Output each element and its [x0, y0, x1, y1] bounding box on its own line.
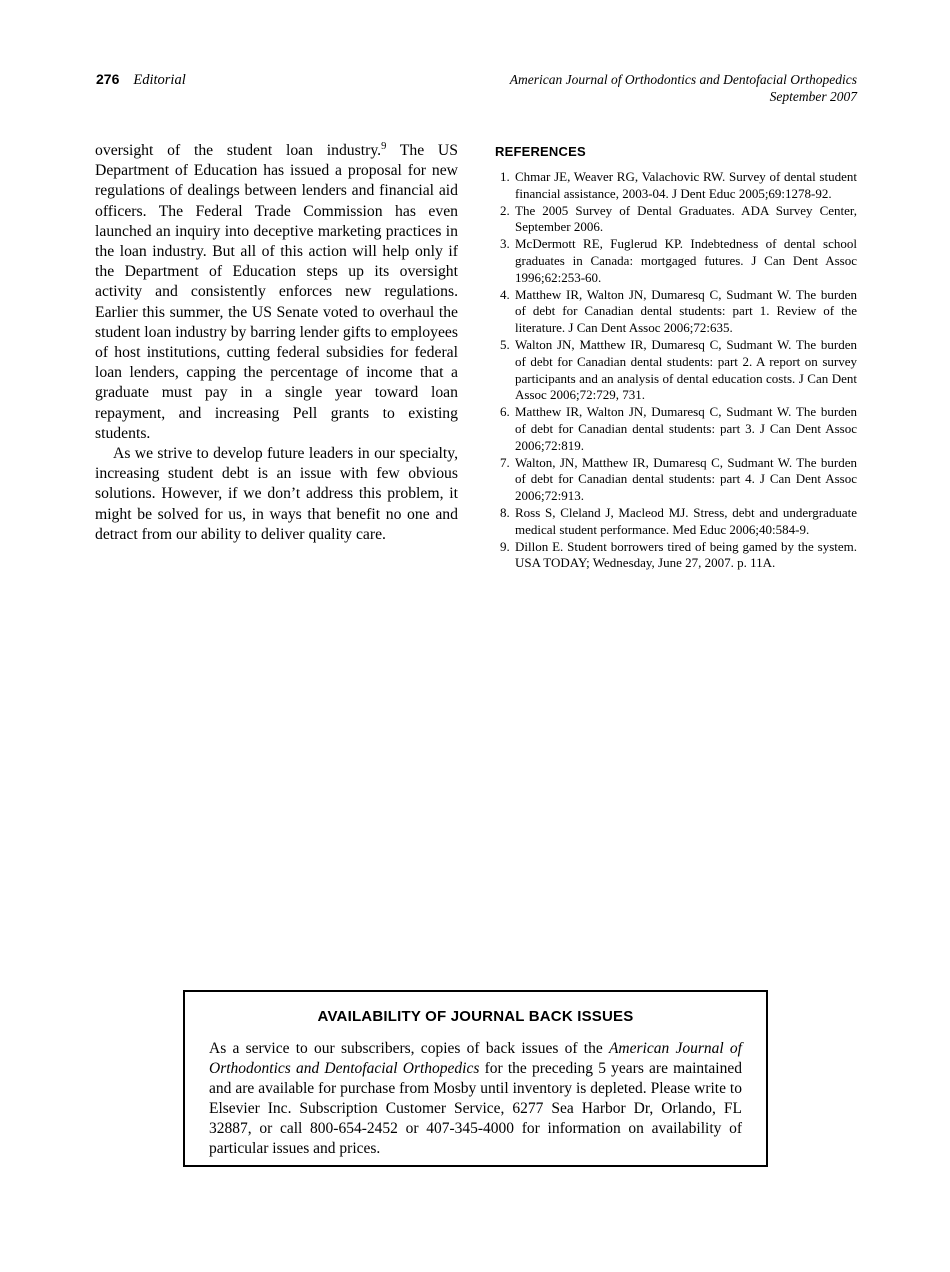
reference-item: Walton JN, Matthew IR, Dumaresq C, Sudma… [513, 337, 857, 404]
reference-item: McDermott RE, Fuglerud KP. Indebtedness … [513, 236, 857, 286]
journal-masthead: American Journal of Orthodontics and Den… [510, 71, 857, 105]
notice-text: As a service to our subscribers, copies … [209, 1040, 609, 1057]
paragraph: As we strive to develop future leaders i… [95, 444, 458, 545]
back-issues-notice-box: AVAILABILITY OF JOURNAL BACK ISSUES As a… [183, 990, 768, 1167]
section-title: Editorial [133, 72, 185, 88]
journal-name: American Journal of Orthodontics and Den… [510, 71, 857, 88]
paragraph-text: oversight of the student loan industry. [95, 142, 381, 159]
reference-item: Ross S, Cleland J, Macleod MJ. Stress, d… [513, 505, 857, 539]
reference-item: Chmar JE, Weaver RG, Valachovic RW. Surv… [513, 169, 857, 203]
paragraph-text: The US Department of Education has issue… [95, 142, 458, 442]
page-header: 276 Editorial American Journal of Orthod… [96, 71, 857, 105]
reference-item: The 2005 Survey of Dental Graduates. ADA… [513, 203, 857, 237]
references-heading: REFERENCES [495, 144, 857, 159]
page-number: 276 [96, 71, 119, 87]
references-list: Chmar JE, Weaver RG, Valachovic RW. Surv… [495, 169, 857, 572]
reference-item: Matthew IR, Walton JN, Dumaresq C, Sudma… [513, 287, 857, 337]
folio: 276 Editorial [96, 71, 186, 89]
editorial-text-column: oversight of the student loan industry.9… [95, 141, 458, 572]
issue-date: September 2007 [510, 88, 857, 105]
paragraph: oversight of the student loan industry.9… [95, 141, 458, 444]
reference-item: Walton, JN, Matthew IR, Dumaresq C, Sudm… [513, 455, 857, 505]
two-column-body: oversight of the student loan industry.9… [95, 141, 858, 572]
reference-item: Matthew IR, Walton JN, Dumaresq C, Sudma… [513, 404, 857, 454]
references-column: REFERENCES Chmar JE, Weaver RG, Valachov… [495, 141, 857, 572]
reference-item: Dillon E. Student borrowers tired of bei… [513, 539, 857, 573]
notice-title: AVAILABILITY OF JOURNAL BACK ISSUES [185, 1008, 766, 1025]
notice-body: As a service to our subscribers, copies … [209, 1039, 742, 1159]
journal-page: 276 Editorial American Journal of Orthod… [0, 0, 950, 1272]
